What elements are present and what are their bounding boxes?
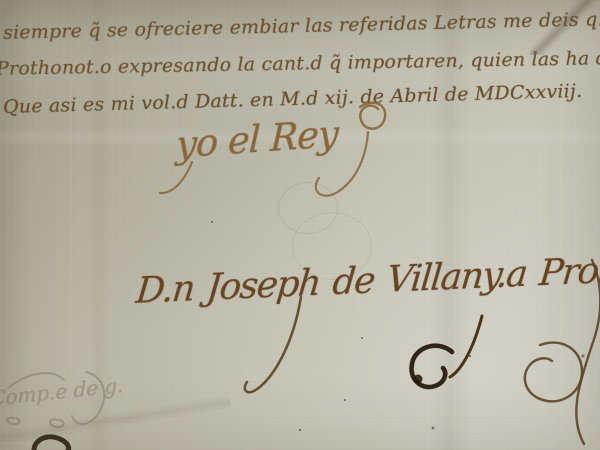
secretary-signature: D.n Joseph de Villany.a Prot. <box>134 249 600 311</box>
signature-loop-prot <box>525 343 582 402</box>
signature-descender-villany <box>450 316 482 377</box>
manuscript-line-2: Prothonot.o expresando la cant.d q̃ impo… <box>0 46 600 80</box>
manuscript-line-1: siempre q̃ se ofreciere embiar las refer… <box>3 6 600 44</box>
ink-blob <box>414 375 423 384</box>
marginal-note: Comp.e de g. <box>0 373 123 411</box>
manuscript-date-line: Que asi es mi vol.d Datt. en M.d xij. de… <box>3 80 583 118</box>
paper-watermark-circle <box>278 182 338 234</box>
signature-descender-joseph <box>245 297 301 392</box>
royal-signature: yo el Rey <box>175 112 338 167</box>
bottom-edge-letter <box>34 437 69 450</box>
manuscript-photo: siempre q̃ se ofreciere embiar las refer… <box>0 0 600 450</box>
signature-rubric-curl <box>412 346 452 387</box>
